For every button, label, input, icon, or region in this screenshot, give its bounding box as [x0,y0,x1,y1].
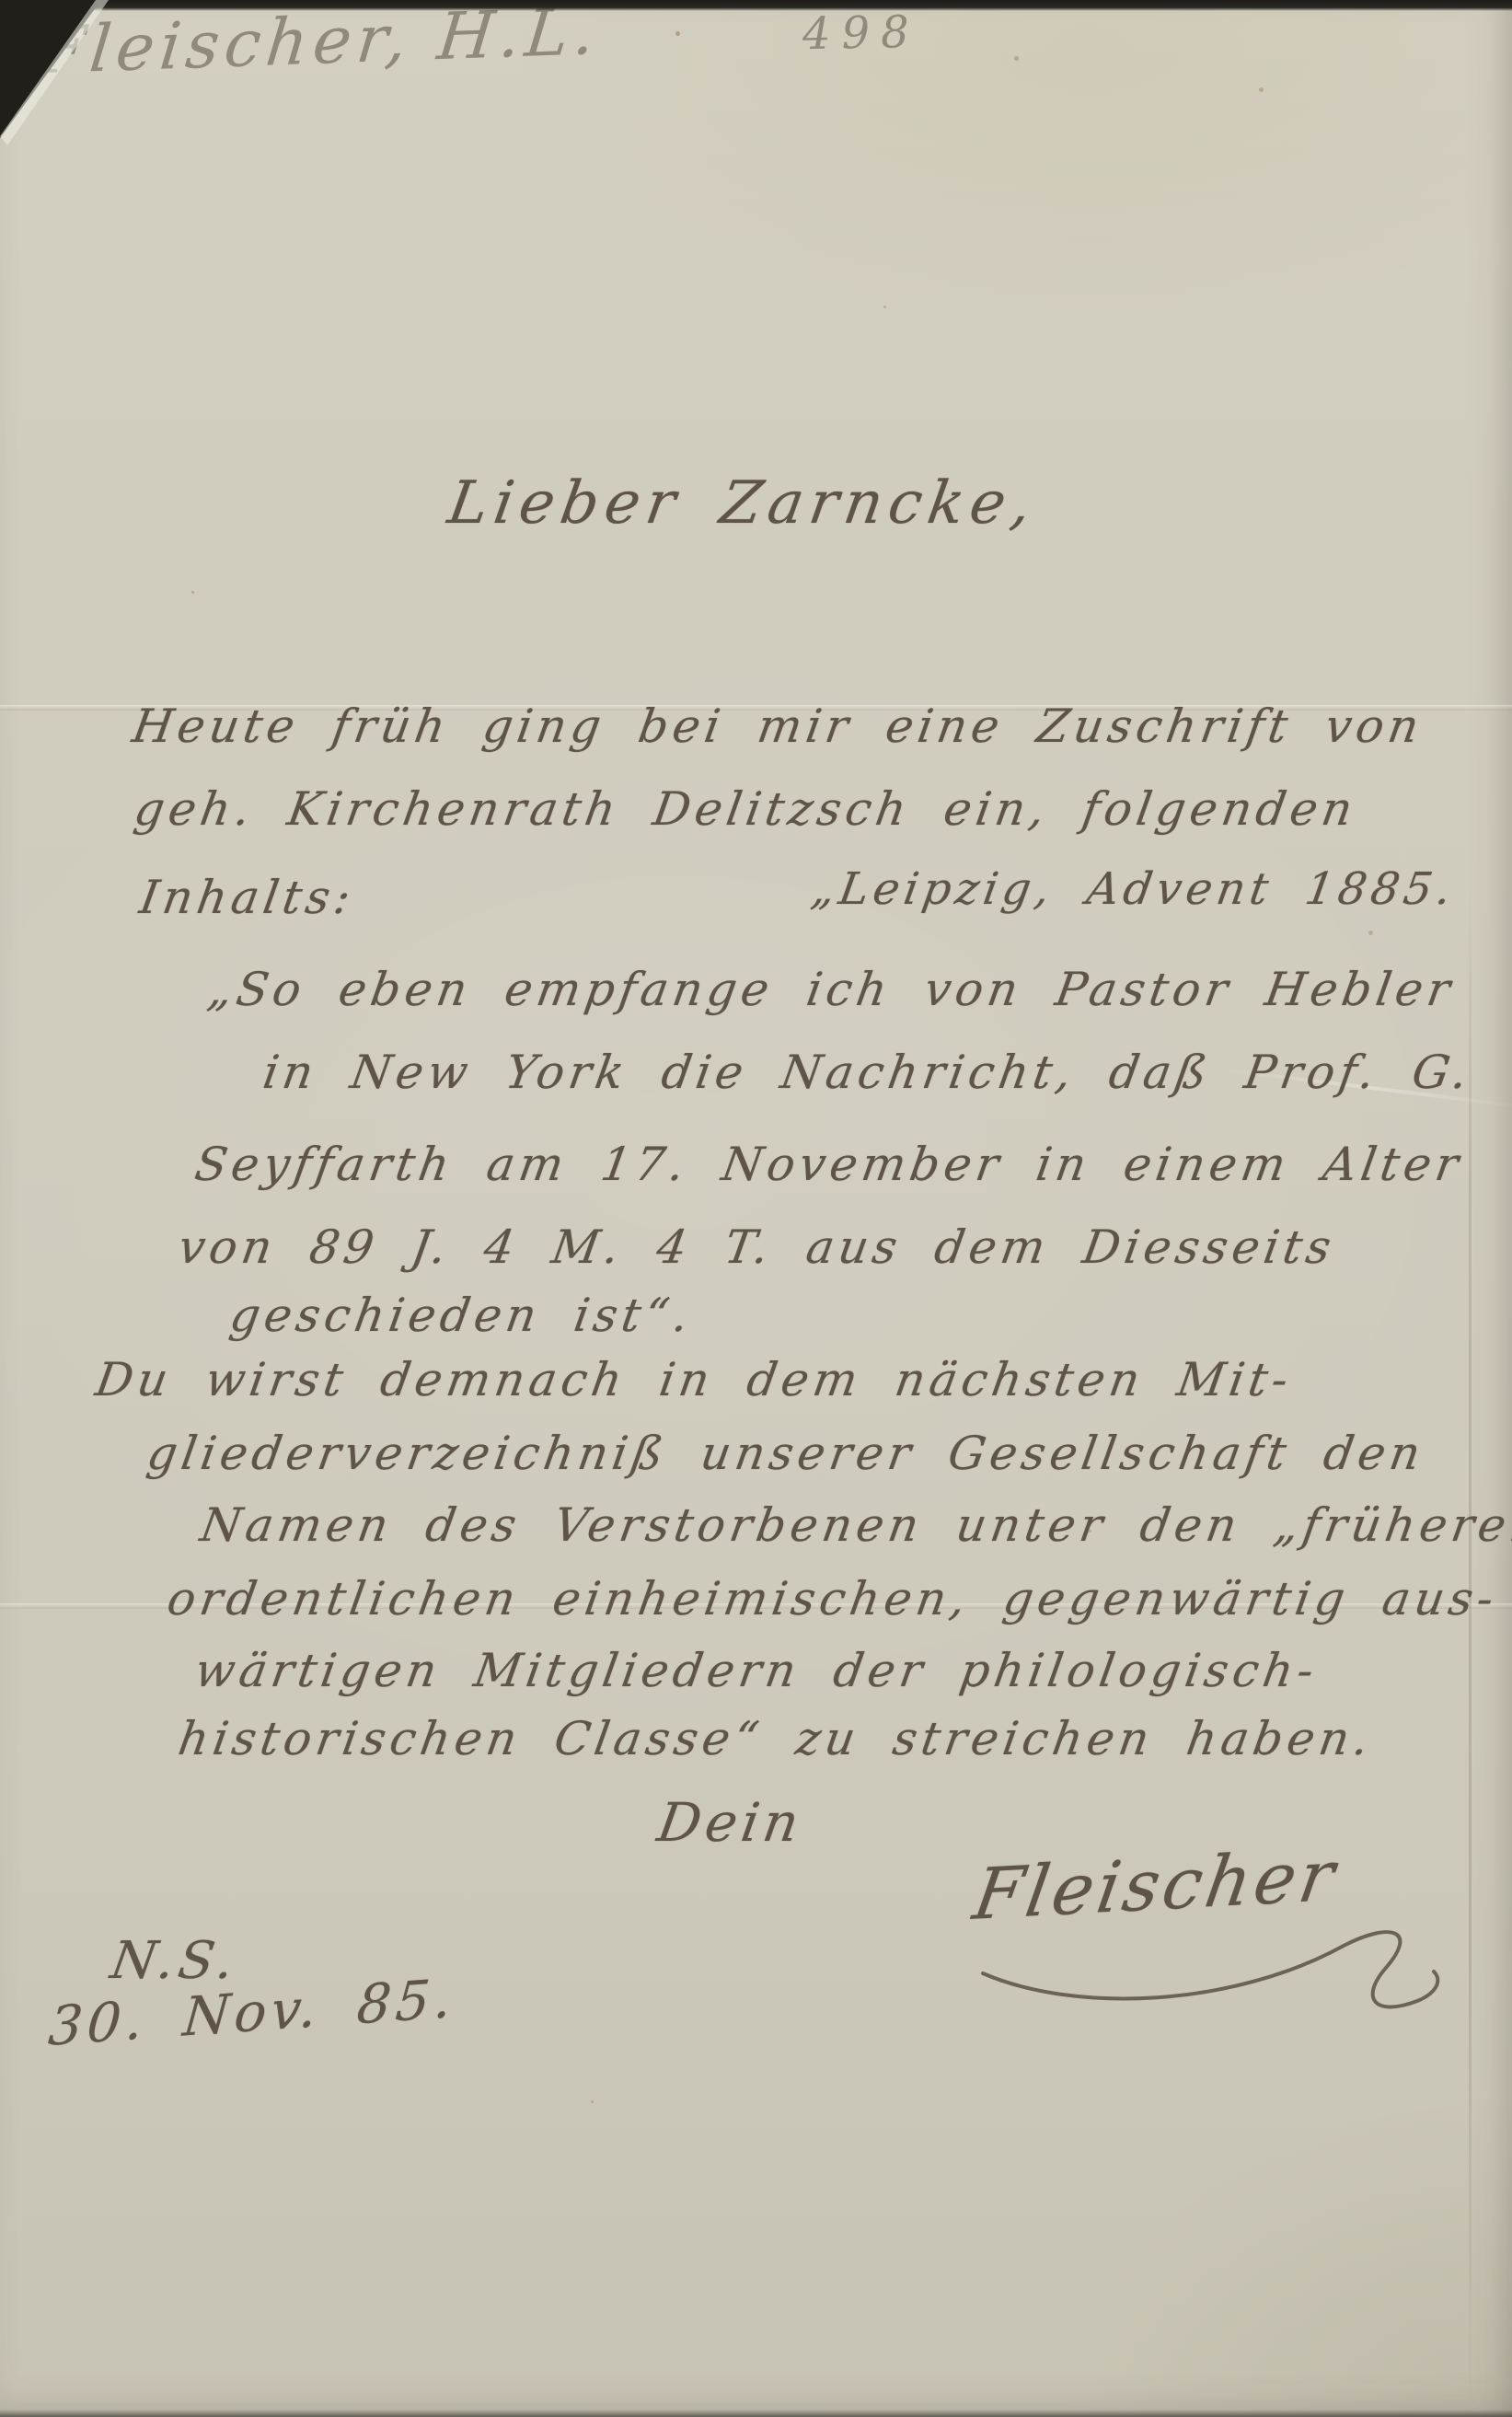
signature-block: Fleischer [957,1833,1454,2036]
postscript-initials: N.S. [107,1931,243,1991]
scanner-background-bottom-edge [0,2410,1512,2417]
pencil-archive-number: 498 [802,6,921,60]
quote-line-5: geschieden ist“. [226,1289,697,1342]
quote-line-2: in New York die Nachricht, daß Prof. G. [260,1046,1476,1099]
signature-flourish [957,1833,1454,2036]
letter-line-13: wärtigen Mitgliedern der philologisch- [191,1644,1322,1697]
quote-line-4: von 89 J. 4 M. 4 T. aus dem Diesseits [175,1220,1339,1274]
letter-paper: Fleischer, H.L. 498 Lieber Zarncke, Heut… [0,0,1512,2417]
scanned-letter-page: Fleischer, H.L. 498 Lieber Zarncke, Heut… [0,0,1512,2417]
quote-line-1: „So eben empfange ich von Pastor Hebler [204,963,1459,1016]
letter-line-9: Du wirst demnach in dem nächsten Mit- [92,1353,1297,1406]
vertical-paper-crease [1469,874,1472,2417]
letter-line-2: geh. Kirchenrath Delitzsch ein, folgende… [131,782,1361,836]
letter-line-3: Inhalts: [136,871,359,924]
letter-line-12: ordentlichen einheimischen, gegenwärtig … [164,1572,1502,1625]
letter-line-11: Namen des Verstorbenen unter den „früher… [197,1498,1512,1552]
quote-dateline: „Leipzig, Advent 1885. [808,863,1460,915]
pencil-catalog-annotation: Fleischer, H.L. [36,0,604,88]
scanner-background-top-edge [0,0,1512,11]
letter-line-1: Heute früh ging bei mir eine Zuschrift v… [129,700,1427,753]
closing-word: Dein [653,1791,808,1854]
letter-line-14: historischen Classe“ zu streichen haben. [175,1712,1377,1765]
quote-line-3: Seyffarth am 17. November in einem Alter [191,1138,1467,1191]
salutation: Lieber Zarncke, [444,469,1043,538]
letter-line-10: gliederverzeichniß unserer Gesellschaft … [144,1427,1428,1480]
